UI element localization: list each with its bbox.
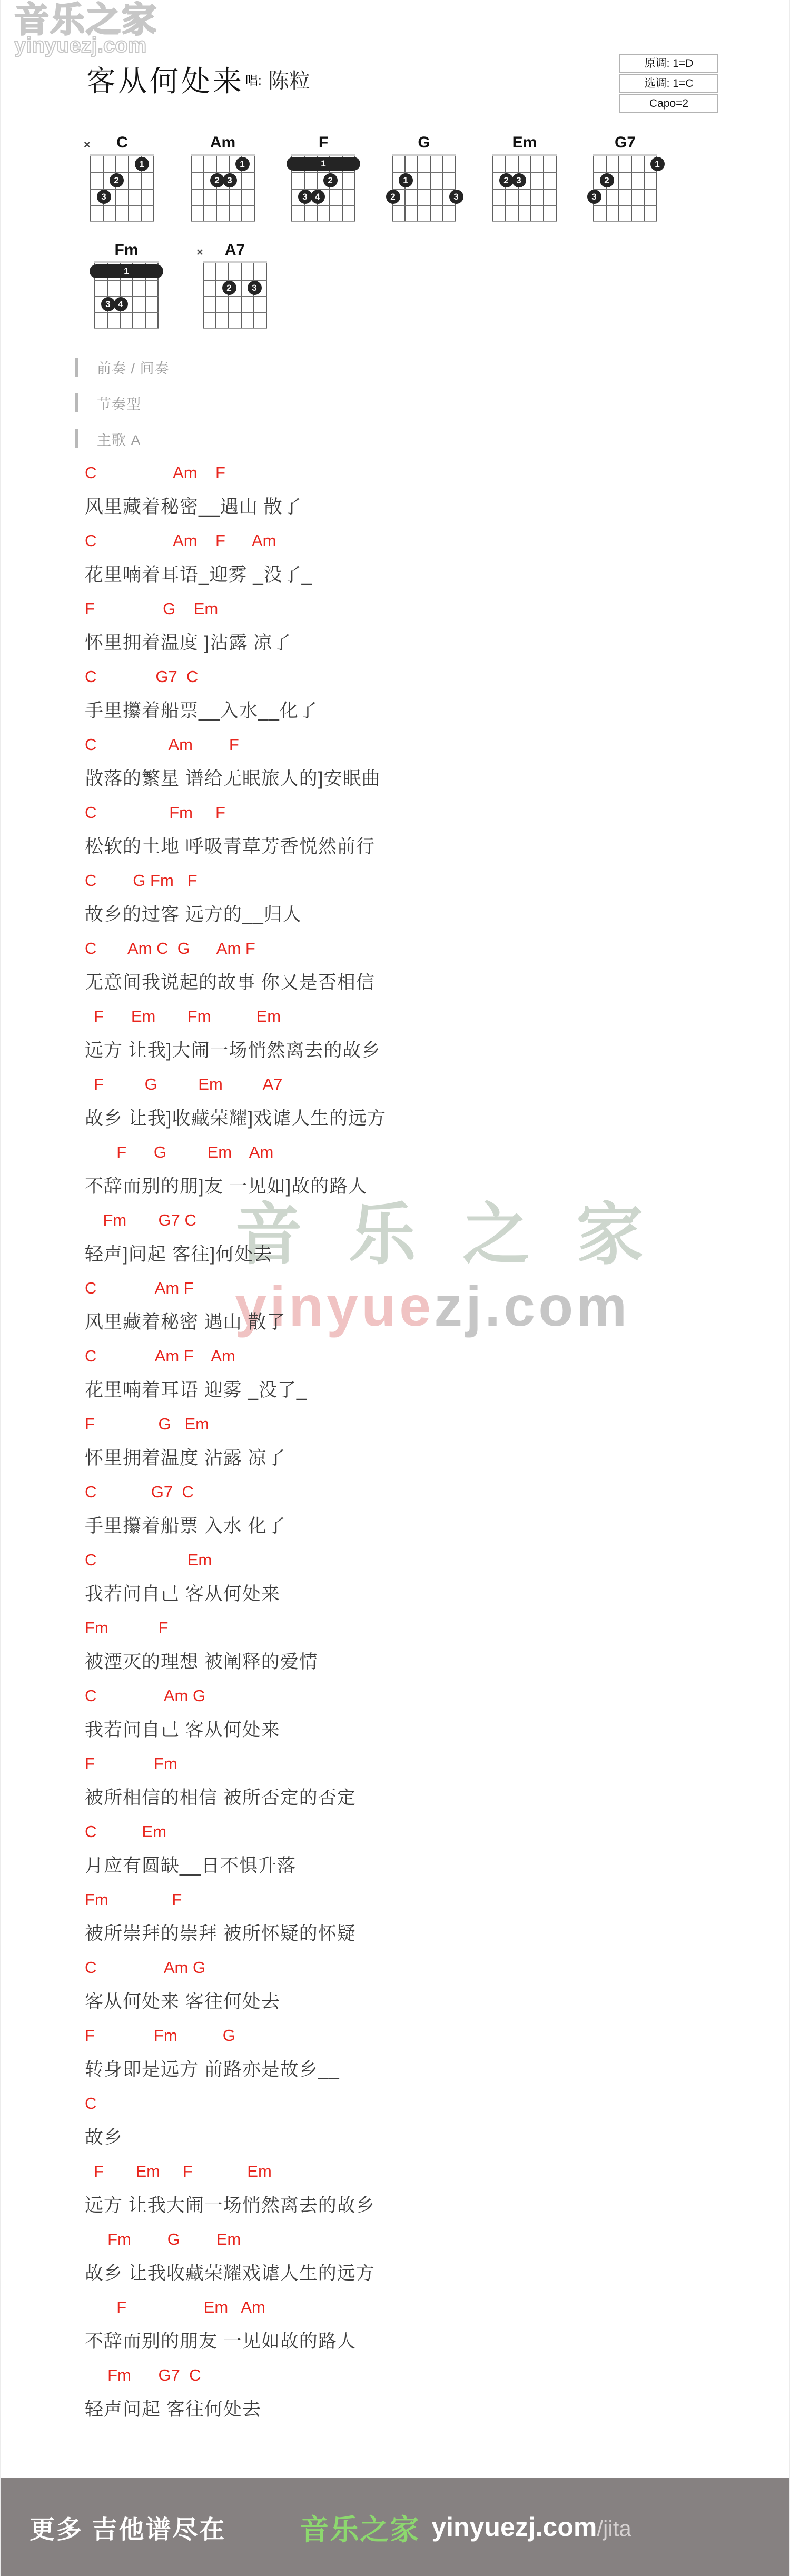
- chord-diagram-C: C×123: [90, 134, 154, 222]
- lyric-line: 怀里拥着温度 ]沾露 凉了: [85, 626, 386, 660]
- chord-line: F Fm: [85, 1747, 386, 1781]
- string-line: [90, 154, 91, 222]
- lyric-line: 不辞而别的朋]友 一见如]故的路人: [85, 1170, 386, 1204]
- lyrics-block: C Am F风里藏着秘密__遇山 散了C Am F Am花里喃着耳语_迎雾 _没…: [85, 456, 386, 2426]
- string-line: [203, 261, 204, 329]
- section-item-0: 前奏 / 间奏: [75, 357, 170, 377]
- finger-dot: 3: [587, 190, 601, 204]
- nut-line: [291, 154, 355, 156]
- string-line: [241, 261, 242, 329]
- singer-label: 唱:: [245, 70, 262, 88]
- chord-line: C Em: [85, 1815, 386, 1849]
- finger-dot: 2: [386, 190, 400, 204]
- chord-line: F G Em: [85, 1407, 386, 1442]
- chord-line: C Am G: [85, 1679, 386, 1713]
- fret-line: [90, 172, 154, 173]
- string-line: [644, 154, 645, 222]
- fret-line: [191, 189, 255, 190]
- chord-line: C G7 C: [85, 660, 386, 694]
- finger-dot: 3: [223, 173, 237, 187]
- fret-line-bottom: [94, 328, 159, 329]
- finger-dot: 3: [512, 173, 526, 187]
- string-line: [191, 154, 192, 222]
- chord-line: C Am G: [85, 1951, 386, 1985]
- string-line: [215, 261, 216, 329]
- fret-line: [203, 280, 267, 281]
- chord-line: Fm G7 C: [85, 1203, 386, 1238]
- string-line: [430, 154, 431, 222]
- barre-finger-bar: 1: [287, 157, 360, 171]
- string-line: [618, 154, 619, 222]
- footer-brand-logo: 音乐之家: [300, 2506, 420, 2548]
- finger-dot: 3: [97, 190, 111, 204]
- fret-line: [291, 205, 355, 206]
- info-row-1: 选调: 1=C: [619, 74, 718, 93]
- chord-grid: 123: [593, 154, 657, 222]
- lyric-line: 我若问自己 客从何处来: [85, 1577, 386, 1612]
- fret-line: [593, 205, 657, 206]
- nut-line: [392, 154, 456, 156]
- lyric-line: 手里攥着船票__入水__化了: [85, 694, 386, 728]
- chord-diagram-Em: Em23: [492, 134, 557, 222]
- chord-line: Fm F: [85, 1883, 386, 1917]
- lyric-line: 我若问自己 客从何处来: [85, 1713, 386, 1748]
- string-line: [530, 154, 531, 222]
- finger-dot: 4: [311, 190, 325, 204]
- chord-line: C G Fm F: [85, 864, 386, 898]
- lyric-line: 松软的土地 呼吸青草芳香悦然前行: [85, 830, 386, 864]
- section-bar-icon: [75, 429, 78, 448]
- footer-bar: 更多 吉他谱尽在 音乐之家 yinyuezj.com/jita: [1, 2478, 790, 2576]
- section-bar-icon: [75, 393, 78, 412]
- string-line: [216, 154, 217, 222]
- chord-line: Fm G7 C: [85, 2358, 386, 2393]
- site-logo-cn: 音乐之家: [14, 2, 157, 37]
- string-line: [631, 154, 632, 222]
- fret-line-bottom: [291, 221, 355, 222]
- chord-line: C Am F: [85, 1271, 386, 1306]
- chord-diagram-row-1: C×123Am123F1234G123Em23G7123: [90, 134, 657, 222]
- footer-more-text: 更多 吉他谱尽在: [29, 2509, 226, 2545]
- finger-dot: 1: [235, 157, 250, 171]
- lyric-line: 轻声]问起 客往]何处去: [85, 1238, 386, 1272]
- string-line: [254, 154, 255, 222]
- fret-line: [291, 172, 355, 173]
- chord-line: F Em F Em: [85, 2155, 386, 2189]
- string-line: [103, 154, 104, 222]
- fret-line-bottom: [392, 221, 456, 222]
- chord-line: F G Em: [85, 592, 386, 626]
- muted-string-icon: ×: [196, 245, 203, 259]
- lyric-line: 风里藏着秘密 遇山 散了: [85, 1306, 386, 1340]
- string-line: [392, 154, 393, 222]
- chord-line: F G Em A7: [85, 1068, 386, 1102]
- chord-name-label: Fm: [94, 241, 159, 261]
- lyric-line: 手里攥着船票 入水 化了: [85, 1509, 386, 1544]
- footer-site-path[interactable]: /jita: [597, 2516, 631, 2541]
- string-line: [203, 154, 204, 222]
- lyric-line: 转身即是远方 前路亦是故乡__: [85, 2053, 386, 2087]
- chord-name-label: G7: [593, 134, 657, 154]
- fret-line: [203, 312, 267, 313]
- string-line: [417, 154, 418, 222]
- section-labels: 前奏 / 间奏节奏型主歌 A: [75, 357, 170, 465]
- finger-dot: 2: [222, 281, 236, 295]
- lyric-line: 月应有圆缺__日不惧升落: [85, 1849, 386, 1883]
- lyric-line: 故乡 让我]收藏荣耀]戏谑人生的远方: [85, 1102, 386, 1136]
- string-line: [492, 154, 493, 222]
- section-item-1: 节奏型: [75, 393, 170, 413]
- chord-line: F G Em Am: [85, 1136, 386, 1170]
- lyric-line: 远方 让我]大闹一场悄然离去的故乡: [85, 1034, 386, 1068]
- finger-dot: 4: [114, 297, 128, 311]
- fret-line: [492, 205, 557, 206]
- string-line: [229, 154, 230, 222]
- footer-site-url[interactable]: yinyuezj.com: [431, 2512, 597, 2542]
- chord-name-label: G: [392, 134, 456, 154]
- chord-diagram-Am: Am123: [191, 134, 255, 222]
- lyric-line: 轻声问起 客往何处去: [85, 2393, 386, 2427]
- lyric-line: 故乡的过客 远方的__归人: [85, 898, 386, 932]
- lyric-line: 怀里拥着温度 沾露 凉了: [85, 1442, 386, 1476]
- nut-line: [593, 154, 657, 156]
- chord-line: C Am F Am: [85, 524, 386, 558]
- finger-dot: 1: [650, 157, 665, 171]
- chord-name-label: Am: [191, 134, 255, 154]
- fret-line: [593, 172, 657, 173]
- string-line: [253, 261, 254, 329]
- fret-line: [90, 205, 154, 206]
- string-line: [115, 154, 116, 222]
- finger-dot: 1: [399, 173, 413, 187]
- chord-diagram-row-2: Fm134A7×23: [94, 241, 267, 329]
- lyric-line: 风里藏着秘密__遇山 散了: [85, 490, 386, 525]
- section-label: 前奏 / 间奏: [97, 357, 170, 378]
- string-line: [228, 261, 229, 329]
- chord-name-label: F: [291, 134, 355, 154]
- chord-grid: 23: [492, 154, 557, 222]
- fret-line-bottom: [492, 221, 557, 222]
- nut-line: [94, 261, 159, 263]
- string-line: [404, 154, 406, 222]
- chord-grid: ×123: [90, 154, 154, 222]
- lyric-line: 被所相信的相信 被所否定的否定: [85, 1781, 386, 1815]
- section-label: 主歌 A: [97, 429, 141, 449]
- lyric-line: 无意间我说起的故事 你又是否相信: [85, 966, 386, 1000]
- muted-string-icon: ×: [84, 138, 91, 152]
- section-bar-icon: [75, 358, 78, 377]
- chord-line: Fm F: [85, 1611, 386, 1645]
- fret-line: [203, 296, 267, 297]
- string-line: [505, 154, 506, 222]
- nut-line: [492, 154, 557, 156]
- nut-line: [90, 154, 154, 156]
- string-line: [153, 154, 154, 222]
- chord-line: C Fm F: [85, 796, 386, 830]
- footer-site-link[interactable]: yinyuezj.com/jita: [431, 2512, 631, 2542]
- chord-diagram-G7: G7123: [593, 134, 657, 222]
- fret-line: [492, 189, 557, 190]
- chord-line: C Am F: [85, 728, 386, 762]
- fret-line: [94, 296, 159, 297]
- finger-dot: 3: [101, 297, 115, 311]
- nut-line: [191, 154, 255, 156]
- fret-line-bottom: [203, 328, 267, 329]
- fret-line: [392, 205, 456, 206]
- lyric-line: 客从何处来 客往何处去: [85, 1985, 386, 2019]
- lyric-line: 散落的繁星 谱给无眠旅人的]安眠曲: [85, 762, 386, 796]
- fret-line: [593, 189, 657, 190]
- lyric-line: 被所崇拜的崇拜 被所怀疑的怀疑: [85, 1917, 386, 1951]
- chord-line: C G7 C: [85, 1475, 386, 1509]
- finger-dot: 3: [248, 281, 262, 295]
- site-logo: 音乐之家 yinyuezj.com: [14, 2, 157, 56]
- lyric-line: 故乡 让我收藏荣耀戏谑人生的远方: [85, 2257, 386, 2291]
- lyric-line: 花里喃着耳语 迎雾 _没了_: [85, 1374, 386, 1408]
- lyric-line: 花里喃着耳语_迎雾 _没了_: [85, 558, 386, 593]
- chord-grid: 123: [191, 154, 255, 222]
- info-row-2: Capo=2: [619, 94, 718, 113]
- string-line: [518, 154, 519, 222]
- finger-dot: 3: [298, 190, 312, 204]
- chord-diagram-G: G123: [392, 134, 456, 222]
- lyric-line: 远方 让我大闹一场悄然离去的故乡: [85, 2189, 386, 2223]
- chord-line: F Em Am: [85, 2291, 386, 2325]
- fret-line: [90, 189, 154, 190]
- song-title: 客从何处来: [86, 58, 244, 100]
- artist-name: 陈粒: [268, 64, 310, 94]
- chord-diagram-F: F1234: [291, 134, 355, 222]
- key-info-box: 原调: 1=D选调: 1=CCapo=2: [619, 54, 718, 114]
- chord-line: C Em: [85, 1543, 386, 1577]
- string-line: [455, 154, 456, 222]
- fret-line: [492, 172, 557, 173]
- section-item-2: 主歌 A: [75, 429, 170, 449]
- finger-dot: 2: [110, 173, 124, 187]
- string-line: [128, 154, 129, 222]
- finger-dot: 2: [600, 173, 614, 187]
- string-line: [606, 154, 607, 222]
- string-line: [543, 154, 544, 222]
- fret-line-bottom: [593, 221, 657, 222]
- chord-line: C Am C G Am F: [85, 932, 386, 966]
- lyric-line: 不辞而别的朋友 一见如故的路人: [85, 2325, 386, 2359]
- fret-line: [392, 189, 456, 190]
- lyric-line: 被湮灭的理想 被阐释的爱情: [85, 1645, 386, 1680]
- chord-grid: 134: [94, 261, 159, 329]
- chord-grid: 123: [392, 154, 456, 222]
- barre-finger-bar: 1: [90, 264, 163, 278]
- fret-line: [94, 280, 159, 281]
- fret-line: [191, 205, 255, 206]
- lyric-line: 故乡: [85, 2121, 386, 2155]
- string-line: [266, 261, 267, 329]
- chord-line: C: [85, 2087, 386, 2121]
- fret-line: [291, 189, 355, 190]
- fret-line-bottom: [90, 221, 154, 222]
- finger-dot: 2: [323, 173, 338, 187]
- chord-name-label: A7: [203, 241, 267, 261]
- chord-line: C Am F Am: [85, 1339, 386, 1374]
- chord-line: C Am F: [85, 456, 386, 490]
- fret-line: [191, 172, 255, 173]
- chord-name-label: C: [90, 134, 154, 154]
- chord-grid: ×23: [203, 261, 267, 329]
- chord-line: F Em Fm Em: [85, 1000, 386, 1034]
- chord-line: Fm G Em: [85, 2223, 386, 2257]
- nut-line: [203, 261, 267, 263]
- fret-line: [94, 312, 159, 313]
- finger-dot: 2: [499, 173, 513, 187]
- info-row-0: 原调: 1=D: [619, 54, 718, 73]
- site-logo-url: yinyuezj.com: [14, 35, 157, 56]
- finger-dot: 2: [210, 173, 224, 187]
- chord-diagram-A7: A7×23: [203, 241, 267, 329]
- section-label: 节奏型: [97, 393, 141, 413]
- finger-dot: 3: [449, 190, 463, 204]
- chord-diagram-Fm: Fm134: [94, 241, 159, 329]
- fret-line-bottom: [191, 221, 255, 222]
- chord-line: F Fm G: [85, 2019, 386, 2053]
- string-line: [442, 154, 443, 222]
- chord-name-label: Em: [492, 134, 557, 154]
- chord-grid: 1234: [291, 154, 355, 222]
- string-line: [556, 154, 557, 222]
- fret-line: [392, 172, 456, 173]
- string-line: [593, 154, 594, 222]
- watermark-url-gray: zj.com: [434, 1274, 630, 1338]
- guitar-chord-sheet: 音乐之家 yinyuezj.com 客从何处来 唱: 陈粒 原调: 1=D选调:…: [0, 0, 790, 2576]
- finger-dot: 1: [135, 157, 149, 171]
